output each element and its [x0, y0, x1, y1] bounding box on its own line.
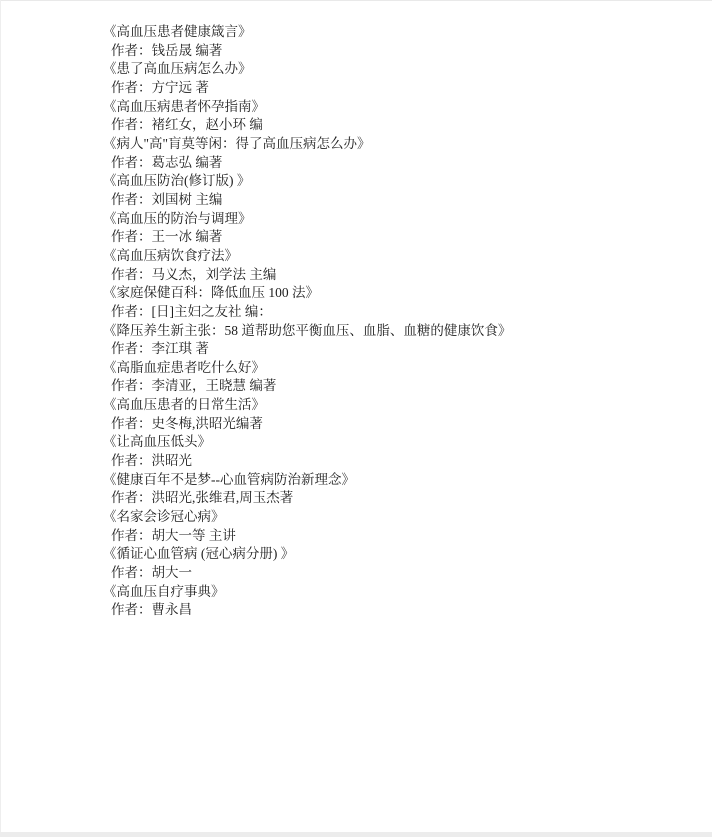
book-title: 《高血压病饮食疗法》 — [103, 247, 511, 266]
page-edge-bottom — [0, 832, 712, 837]
book-entry: 《家庭保健百科：降低血压 100 法》 作者：[日]主妇之友社 编： — [103, 284, 511, 321]
book-title: 《健康百年不是梦--心血管病防治新理念》 — [103, 471, 511, 490]
book-author: 作者：曹永昌 — [103, 601, 511, 620]
book-title: 《病人"高"肓莫等闲：得了高血压病怎么办》 — [103, 135, 511, 154]
document-page: 《高血压患者健康箴言》 作者：钱岳晟 编著 《患了高血压病怎么办》 作者：方宁远… — [0, 0, 712, 837]
book-author: 作者：葛志弘 编著 — [103, 154, 511, 173]
book-author: 作者：褚红女，赵小环 编 — [103, 116, 511, 135]
book-entry: 《高血压防治(修订版) 》 作者：刘国树 主编 — [103, 172, 511, 209]
book-entry: 《病人"高"肓莫等闲：得了高血压病怎么办》 作者：葛志弘 编著 — [103, 135, 511, 172]
book-entry: 《健康百年不是梦--心血管病防治新理念》 作者：洪昭光,张维君,周玉杰著 — [103, 471, 511, 508]
book-entry: 《高血压患者健康箴言》 作者：钱岳晟 编著 — [103, 23, 511, 60]
book-entry: 《高血压病饮食疗法》 作者：马义杰，刘学法 主编 — [103, 247, 511, 284]
book-title: 《循证心血管病 (冠心病分册) 》 — [103, 545, 511, 564]
book-author: 作者：钱岳晟 编著 — [103, 42, 511, 61]
book-author: 作者：王一冰 编著 — [103, 228, 511, 247]
book-author: 作者：洪昭光,张维君,周玉杰著 — [103, 489, 511, 508]
book-entry: 《循证心血管病 (冠心病分册) 》 作者：胡大一 — [103, 545, 511, 582]
page-edge-top — [0, 0, 712, 1]
book-title: 《高血压患者的日常生活》 — [103, 396, 511, 415]
book-author: 作者：胡大一 — [103, 564, 511, 583]
book-list: 《高血压患者健康箴言》 作者：钱岳晟 编著 《患了高血压病怎么办》 作者：方宁远… — [103, 23, 511, 620]
book-author: 作者：李江琪 著 — [103, 340, 511, 359]
book-author: 作者：[日]主妇之友社 编： — [103, 303, 511, 322]
book-author: 作者：史冬梅,洪昭光编著 — [103, 415, 511, 434]
book-entry: 《高血压病患者怀孕指南》 作者：褚红女，赵小环 编 — [103, 98, 511, 135]
book-entry: 《名家会诊冠心病》 作者：胡大一等 主讲 — [103, 508, 511, 545]
book-author: 作者：洪昭光 — [103, 452, 511, 471]
book-author: 作者：李清亚，王晓慧 编著 — [103, 377, 511, 396]
book-entry: 《高血压的防治与调理》 作者：王一冰 编著 — [103, 210, 511, 247]
book-title: 《降压养生新主张：58 道帮助您平衡血压、血脂、血糖的健康饮食》 — [103, 322, 511, 341]
book-author: 作者：方宁远 著 — [103, 79, 511, 98]
book-author: 作者：胡大一等 主讲 — [103, 527, 511, 546]
book-title: 《高血压的防治与调理》 — [103, 210, 511, 229]
book-title: 《高血压自疗事典》 — [103, 583, 511, 602]
book-title: 《高血压患者健康箴言》 — [103, 23, 511, 42]
book-entry: 《高血压患者的日常生活》 作者：史冬梅,洪昭光编著 — [103, 396, 511, 433]
book-title: 《患了高血压病怎么办》 — [103, 60, 511, 79]
book-entry: 《高脂血症患者吃什么好》 作者：李清亚，王晓慧 编著 — [103, 359, 511, 396]
book-title: 《让高血压低头》 — [103, 433, 511, 452]
book-title: 《高血压防治(修订版) 》 — [103, 172, 511, 191]
book-entry: 《让高血压低头》 作者：洪昭光 — [103, 433, 511, 470]
book-title: 《家庭保健百科：降低血压 100 法》 — [103, 284, 511, 303]
page-edge-left — [0, 0, 1, 837]
book-entry: 《患了高血压病怎么办》 作者：方宁远 著 — [103, 60, 511, 97]
book-entry: 《高血压自疗事典》 作者：曹永昌 — [103, 583, 511, 620]
book-title: 《名家会诊冠心病》 — [103, 508, 511, 527]
book-title: 《高血压病患者怀孕指南》 — [103, 98, 511, 117]
book-author: 作者：马义杰，刘学法 主编 — [103, 266, 511, 285]
book-title: 《高脂血症患者吃什么好》 — [103, 359, 511, 378]
book-author: 作者：刘国树 主编 — [103, 191, 511, 210]
book-entry: 《降压养生新主张：58 道帮助您平衡血压、血脂、血糖的健康饮食》 作者：李江琪 … — [103, 322, 511, 359]
